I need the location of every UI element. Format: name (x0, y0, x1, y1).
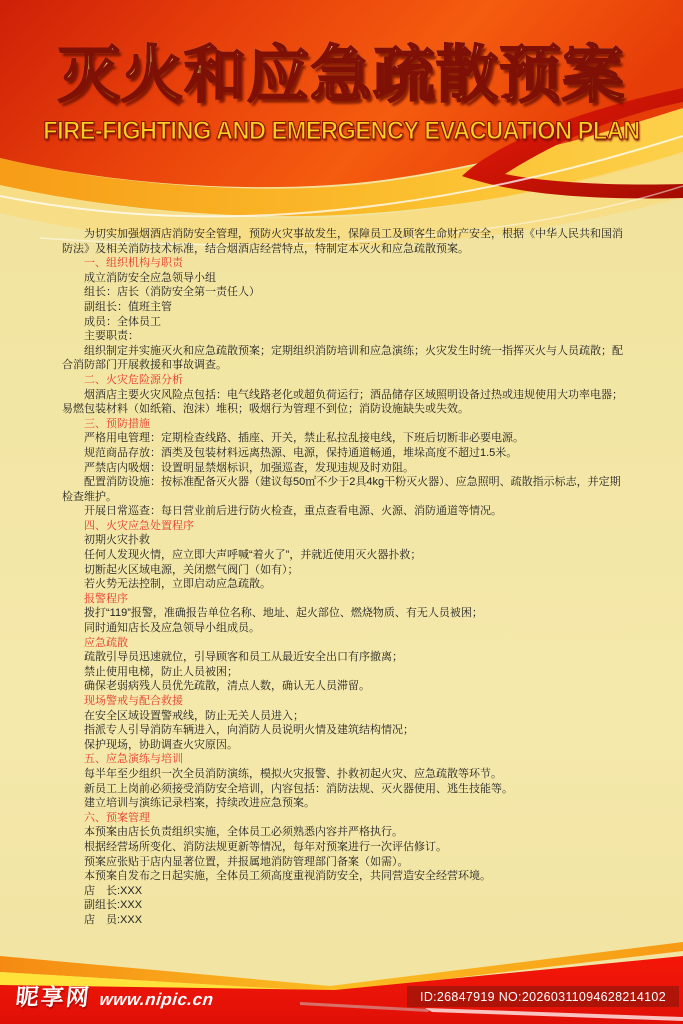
paragraph: 禁止使用电梯，防止人员被困； (62, 665, 624, 680)
paragraph: 成员：全体员工 (62, 315, 624, 330)
paragraph: 组织制定并实施灭火和应急疏散预案；定期组织消防培训和应急演练；火灾发生时统一指挥… (62, 344, 624, 373)
plan-body: 为切实加强烟酒店消防安全管理，预防火灾事故发生，保障员工及顾客生命财产安全，根据… (62, 227, 624, 928)
signature-line: 店 员:XXX (62, 913, 624, 928)
paragraph: 本预案由店长负责组织实施，全体员工必须熟悉内容并严格执行。 (62, 825, 624, 840)
section-heading: 四、火灾应急处置程序 (62, 519, 624, 534)
paragraph: 每半年至少组织一次全员消防演练，模拟火灾报警、扑救初起火灾、应急疏散等环节。 (62, 767, 624, 782)
paragraph: 任何人发现火情，应立即大声呼喊“着火了”，并就近使用灭火器扑救； (62, 548, 624, 563)
site-url: www.nipic.cn (98, 990, 214, 1010)
site-logo: 昵享网 www.nipic.cn (14, 979, 215, 1012)
sub-heading: 报警程序 (62, 592, 624, 607)
sub-heading: 现场警戒与配合救援 (62, 694, 624, 709)
paragraph: 切断起火区域电源，关闭燃气阀门（如有）； (62, 563, 624, 578)
signature-line: 店 长:XXX (62, 884, 624, 899)
signatures: 店 长:XXX副组长:XXX店 员:XXX (62, 884, 624, 928)
paragraph: 根据经营场所变化、消防法规更新等情况，每年对预案进行一次评估修订。 (62, 840, 624, 855)
paragraph: 建立培训与演练记录档案，持续改进应急预案。 (62, 796, 624, 811)
paragraph: 开展日常巡查：每日营业前后进行防火检查，重点查看电源、火源、消防通道等情况。 (62, 504, 624, 519)
paragraph: 预案应张贴于店内显著位置，并报属地消防管理部门备案（如需）。 (62, 855, 624, 870)
section-heading: 二、火灾危险源分析 (62, 373, 624, 388)
paragraph: 拨打“119”报警，准确报告单位名称、地址、起火部位、燃烧物质、有无人员被困； (62, 606, 624, 621)
section-heading: 一、组织机构与职责 (62, 256, 624, 271)
sections: 一、组织机构与职责成立消防安全应急领导小组组长：店长（消防安全第一责任人）副组长… (62, 256, 624, 884)
paragraph: 保护现场，协助调查火灾原因。 (62, 738, 624, 753)
paragraph: 在安全区域设置警戒线，防止无关人员进入； (62, 709, 624, 724)
section-heading: 五、应急演练与培训 (62, 752, 624, 767)
paragraph: 严格用电管理：定期检查线路、插座、开关，禁止私拉乱接电线，下班后切断非必要电源。 (62, 431, 624, 446)
paragraph: 副组长：值班主管 (62, 300, 624, 315)
image-id-badge: ID:26847919 NO:20260311094628214102 (407, 986, 679, 1007)
paragraph: 主要职责： (62, 329, 624, 344)
poster-title: 灭火和应急疏散预案 (0, 40, 683, 112)
fire-evacuation-plan-poster: 灭火和应急疏散预案 FIRE-FIGHTING AND EMERGENCY EV… (0, 0, 683, 1024)
paragraph: 规范商品存放：酒类及包装材料远离热源、电源，保持通道畅通，堆垛高度不超过1.5米… (62, 446, 624, 461)
section-heading: 六、预案管理 (62, 811, 624, 826)
paragraph: 初期火灾扑救 (62, 533, 624, 548)
paragraph: 组长：店长（消防安全第一责任人） (62, 285, 624, 300)
paragraph: 严禁店内吸烟：设置明显禁烟标识，加强巡查，发现违规及时劝阻。 (62, 461, 624, 476)
paragraph: 本预案自发布之日起实施，全体员工须高度重视消防安全，共同营造安全经营环境。 (62, 869, 624, 884)
paragraph: 烟酒店主要火灾风险点包括：电气线路老化或超负荷运行；酒品储存区域照明设备过热或违… (62, 388, 624, 417)
section-heading: 三、预防措施 (62, 417, 624, 432)
paragraph: 同时通知店长及应急领导小组成员。 (62, 621, 624, 636)
sub-heading: 应急疏散 (62, 636, 624, 651)
signature-line: 副组长:XXX (62, 898, 624, 913)
site-name: 昵享网 (14, 979, 92, 1012)
intro-paragraph: 为切实加强烟酒店消防安全管理，预防火灾事故发生，保障员工及顾客生命财产安全，根据… (62, 227, 624, 256)
paragraph: 若火势无法控制，立即启动应急疏散。 (62, 577, 624, 592)
paragraph: 成立消防安全应急领导小组 (62, 271, 624, 286)
paragraph: 配置消防设施：按标准配备灭火器（建议每50㎡不少于2具4kg干粉灭火器）、应急照… (62, 475, 624, 504)
title-block: 灭火和应急疏散预案 FIRE-FIGHTING AND EMERGENCY EV… (0, 40, 683, 146)
paragraph: 疏散引导员迅速就位，引导顾客和员工从最近安全出口有序撤离； (62, 650, 624, 665)
paragraph: 确保老弱病残人员优先疏散，清点人数，确认无人员滞留。 (62, 679, 624, 694)
poster-subtitle: FIRE-FIGHTING AND EMERGENCY EVACUATION P… (20, 116, 662, 146)
paragraph: 新员工上岗前必须接受消防安全培训，内容包括：消防法规、灭火器使用、逃生技能等。 (62, 782, 624, 797)
paragraph: 指派专人引导消防车辆进入，向消防人员说明火情及建筑结构情况； (62, 723, 624, 738)
